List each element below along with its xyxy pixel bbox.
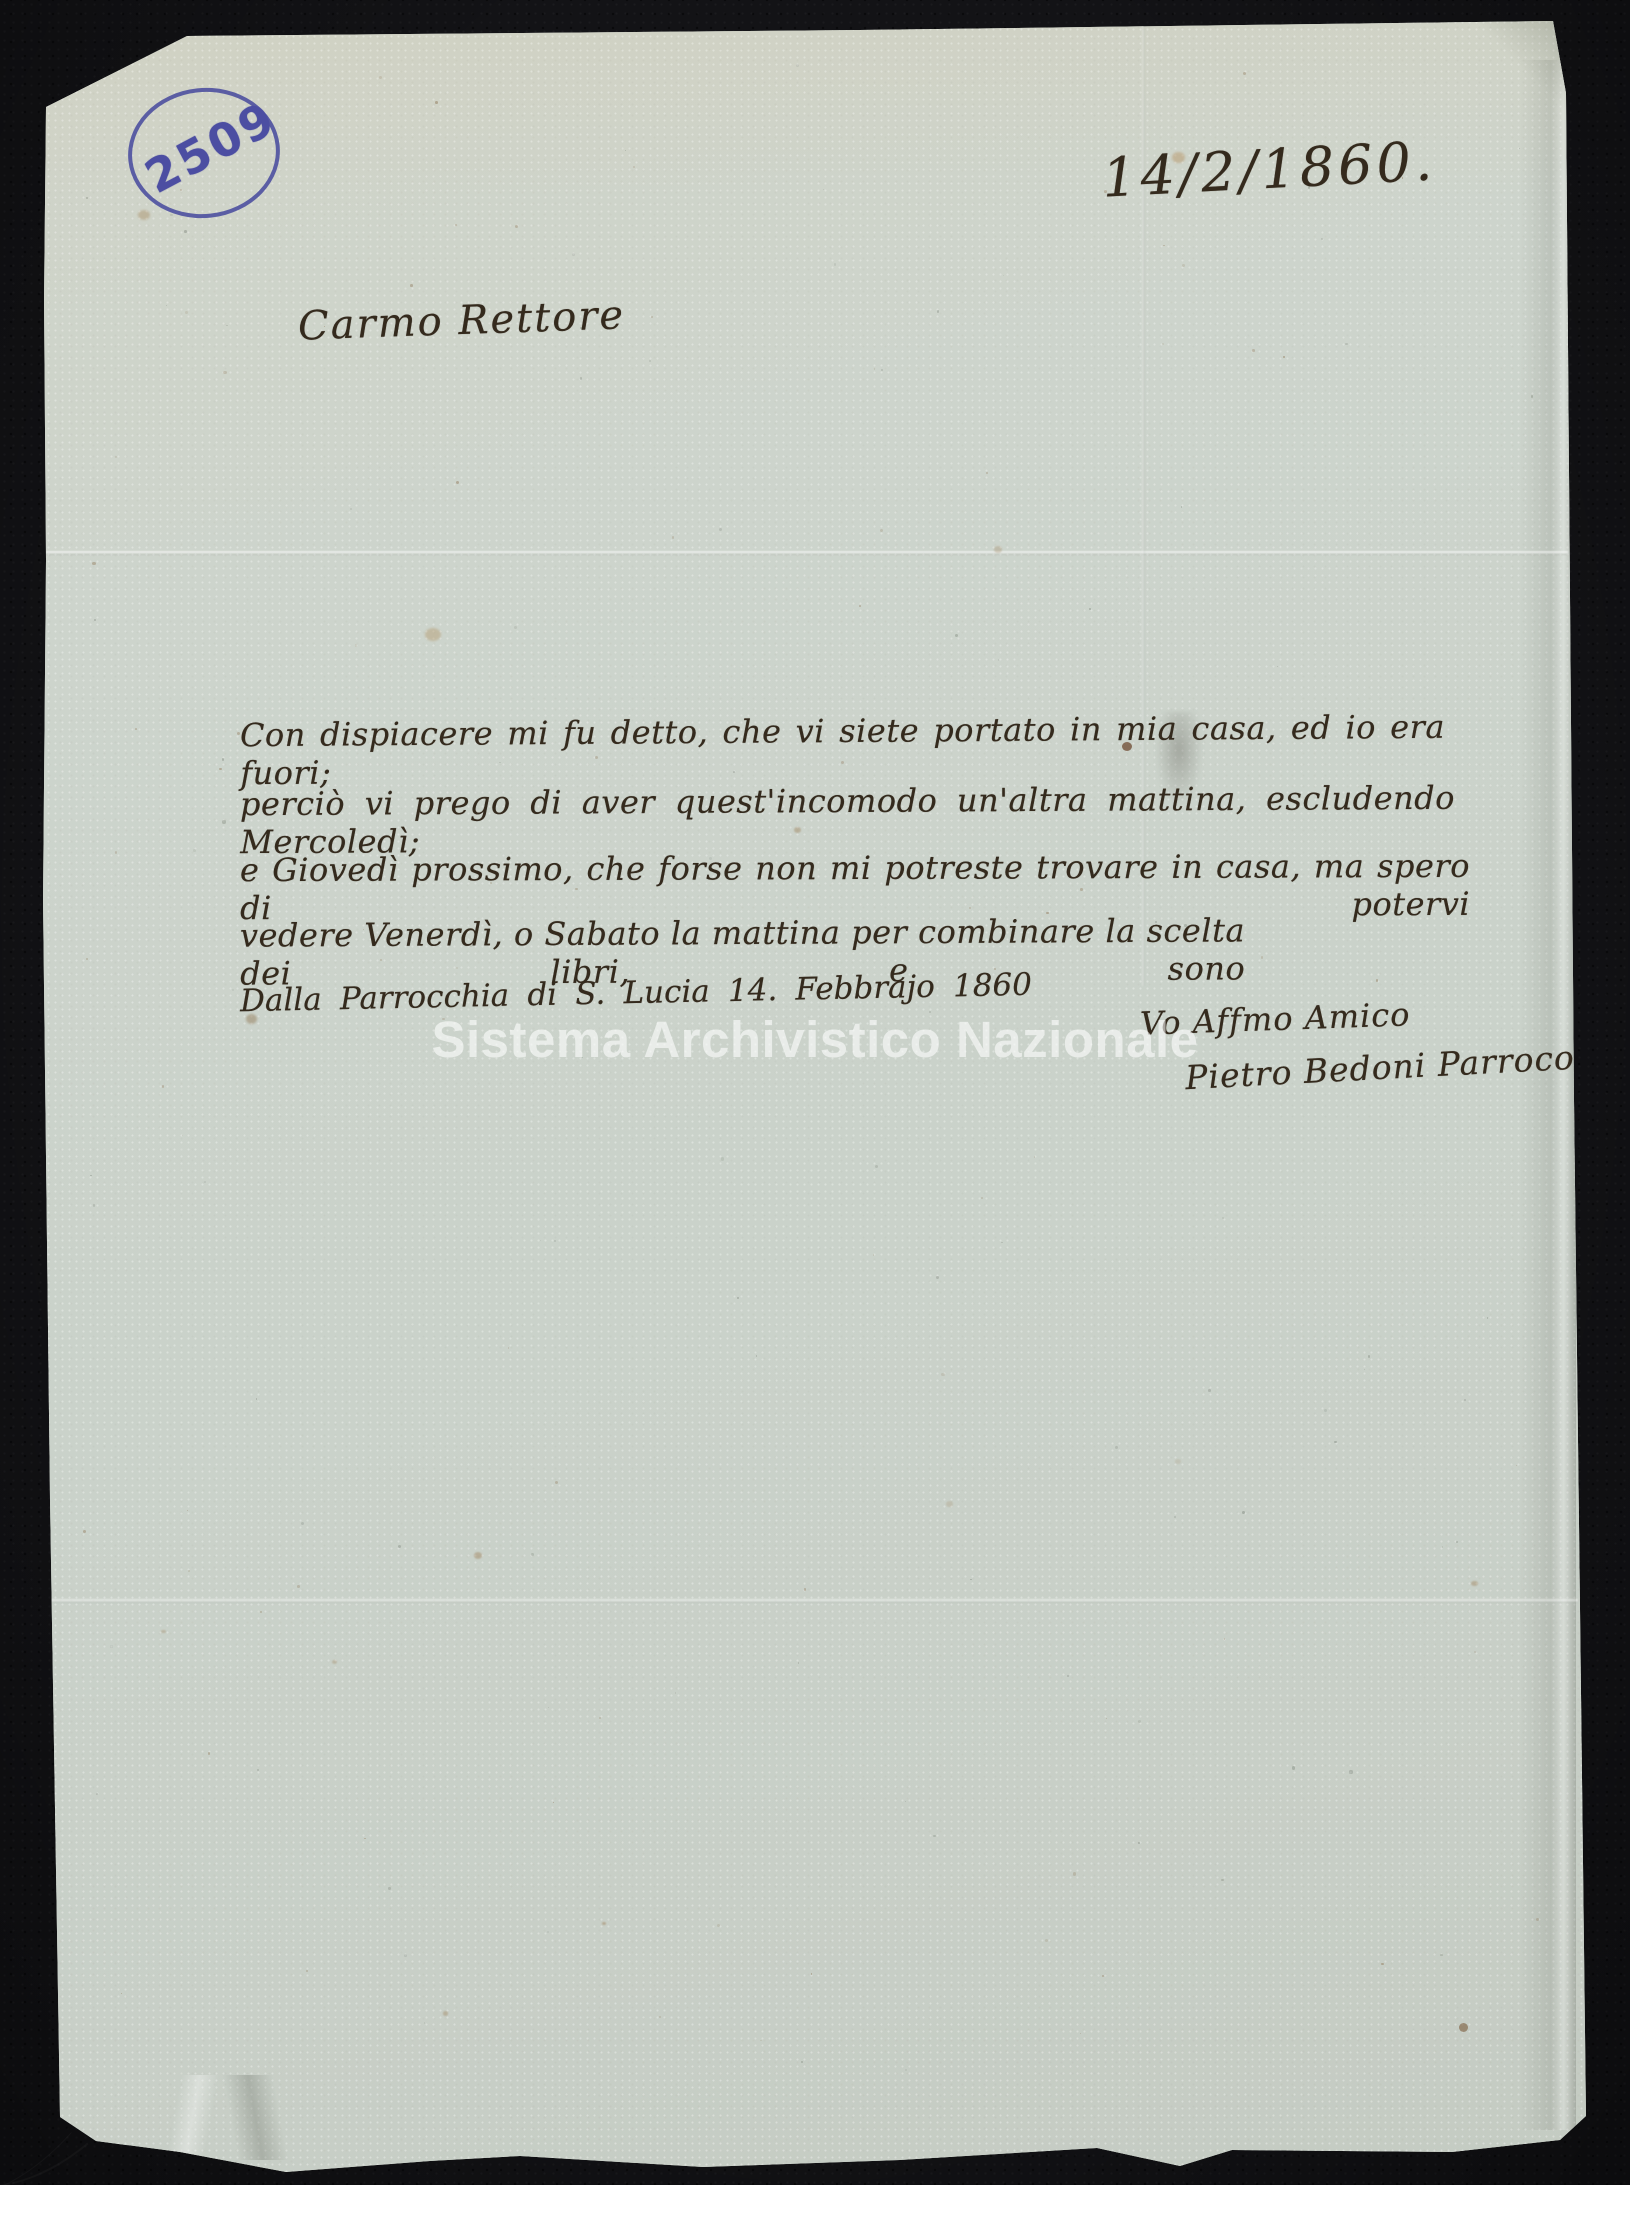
paper-speck	[580, 377, 583, 380]
paper-speck	[1381, 1963, 1383, 1965]
document-paper: 2509 14/2/1860. Carmo Rettore Con dispia…	[0, 0, 1630, 2185]
paper-speck	[410, 284, 413, 287]
paper-speck	[208, 1752, 211, 1755]
paper-speck	[355, 644, 357, 646]
paper-speck	[90, 1175, 91, 1176]
paper-speck	[796, 64, 799, 67]
paper-speck	[756, 1355, 758, 1357]
paper-speck	[1138, 1720, 1141, 1723]
paper-speck	[1221, 1879, 1223, 1881]
paper-texture	[0, 0, 1630, 2185]
paper-speck	[1175, 1459, 1180, 1463]
paper-speck	[1440, 1954, 1443, 1957]
paper-speck	[455, 224, 457, 226]
paper-speck	[185, 311, 188, 314]
paper-speck	[388, 1887, 390, 1889]
paper-speck	[905, 2069, 907, 2071]
paper-speck	[1531, 395, 1533, 397]
paper-speck	[1073, 1872, 1076, 1875]
paper-speck	[162, 1085, 164, 1087]
paper-speck	[1080, 2033, 1081, 2034]
paper-speck	[404, 1954, 407, 1957]
paper-speck	[554, 1240, 556, 1242]
paper-speck	[184, 230, 187, 233]
paper-speck	[1208, 1389, 1211, 1392]
paper-speck	[1089, 608, 1091, 610]
paper-speck	[222, 758, 224, 760]
paper-speck	[633, 166, 635, 168]
paper-speck	[937, 310, 940, 313]
paper-speck	[1376, 979, 1379, 982]
paper-speck	[443, 2011, 448, 2015]
paper-speck	[1442, 1546, 1443, 1547]
paper-speck	[941, 1373, 944, 1376]
paper-speck	[135, 728, 137, 730]
paper-speck	[499, 762, 500, 763]
paper-speck	[1283, 356, 1284, 357]
paper-speck	[1242, 1511, 1245, 1514]
paper-speck	[981, 1197, 983, 1199]
paper-speck	[572, 253, 575, 256]
paper-speck	[1181, 506, 1182, 507]
archive-number-stamp: 2509	[122, 80, 287, 225]
paper-speck	[1034, 1156, 1035, 1157]
paper-speck	[651, 316, 653, 318]
paper-speck	[110, 1645, 113, 1648]
paper-speck	[332, 1660, 337, 1664]
body-line: vedere Venerdì, o Sabato la mattina per …	[240, 911, 1245, 962]
paper-speck	[1261, 956, 1264, 959]
paper-speck	[508, 1347, 510, 1349]
paper-speck	[737, 1297, 738, 1298]
paper-speck	[1138, 1842, 1140, 1844]
paper-speck	[226, 325, 227, 326]
paper-speck	[456, 481, 459, 484]
paper-speck	[859, 605, 861, 607]
paper-speck	[602, 1922, 606, 1925]
fox-spot	[1459, 2023, 1468, 2032]
paper-speck	[223, 371, 226, 374]
fox-spot	[425, 628, 441, 641]
body-line: e Giovedì prossimo, che forse non mi pot…	[240, 847, 1470, 897]
paper-speck	[1162, 343, 1164, 345]
paper-speck	[1001, 1242, 1002, 1243]
paper-speck	[1292, 1766, 1295, 1769]
paper-speck	[222, 820, 225, 823]
paper-speck	[599, 1717, 601, 1719]
paper-speck	[531, 1553, 534, 1556]
paper-speck	[1222, 1217, 1224, 1219]
paper-speck	[257, 1769, 258, 1770]
paper-speck	[540, 1240, 541, 1241]
paper-speck	[555, 1481, 558, 1484]
paper-speck	[256, 1398, 258, 1400]
paper-speck	[1536, 1918, 1539, 1921]
paper-speck	[182, 1135, 183, 1136]
paper-speck	[219, 768, 221, 770]
paper-speck	[1349, 1770, 1352, 1773]
right-edge-shading	[1520, 60, 1576, 2130]
paper-speck	[875, 1165, 878, 1168]
paper-speck	[733, 771, 735, 773]
paper-speck	[1045, 1939, 1048, 1942]
paper-speck	[350, 508, 352, 510]
body-line: Con dispiacere mi fu detto, che vi siete…	[240, 708, 1445, 762]
paper-speck	[435, 101, 438, 104]
paper-speck	[834, 263, 836, 265]
watermark-text: Sistema Archivistico Nazionale	[431, 1010, 1198, 1069]
paper-speck	[946, 1501, 953, 1506]
paper-speck	[474, 1552, 483, 1559]
paper-speck	[1182, 264, 1185, 267]
body-line: perciò vi prego di aver quest'incomodo u…	[240, 779, 1455, 831]
paper-speck	[553, 1802, 554, 1803]
paper-speck	[115, 456, 117, 458]
paper-speck	[306, 1970, 308, 1972]
paper-speck	[1252, 349, 1255, 352]
paper-speck	[717, 1924, 720, 1927]
paper-speck	[1321, 238, 1323, 240]
paper-speck	[92, 562, 95, 565]
paper-speck	[204, 1181, 206, 1183]
paper-speck	[1456, 1541, 1458, 1543]
